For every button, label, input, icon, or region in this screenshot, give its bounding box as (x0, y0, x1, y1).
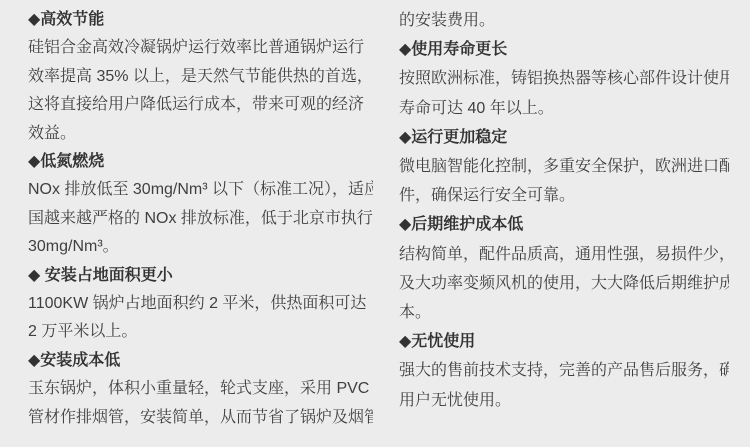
feature-body-line: 的安装费用。 (399, 6, 729, 35)
features-column-left: ◆高效节能硅铝合金高效冷凝锅炉运行效率比普通锅炉运行效率提高 35% 以上，是天… (28, 6, 373, 441)
feature-body-line: 2 万平米以上。 (28, 318, 373, 346)
feature-heading: ◆高效节能 (28, 6, 373, 34)
feature-heading: ◆安装成本低 (28, 347, 373, 375)
feature-heading: ◆无忧使用 (399, 327, 729, 356)
feature-heading: ◆ 安装占地面积更小 (28, 262, 373, 290)
feature-body-line: 效益。 (28, 120, 373, 148)
feature-body-line: 按照欧洲标准，铸铝换热器等核心部件设计使用 (399, 64, 729, 93)
feature-body-line: 结构简单，配件品质高，通用性强，易损件少，以 (399, 240, 729, 269)
feature-heading: ◆低氮燃烧 (28, 148, 373, 176)
feature-body-line: 这将直接给用户降低运行成本，带来可观的经济 (28, 91, 373, 119)
feature-body-line: NOx 排放低至 30mg/Nm³ 以下（标准工况），适应中 (28, 176, 373, 204)
feature-heading: ◆使用寿命更长 (399, 35, 729, 64)
feature-body-line: 寿命可达 40 年以上。 (399, 94, 729, 123)
feature-body-line: 强大的售前技术支持，完善的产品售后服务，确保 (399, 356, 729, 385)
feature-body-line: 件，确保运行安全可靠。 (399, 181, 729, 210)
feature-body-line: 硅铝合金高效冷凝锅炉运行效率比普通锅炉运行 (28, 34, 373, 62)
features-column-right: 的安装费用。◆使用寿命更长按照欧洲标准，铸铝换热器等核心部件设计使用寿命可达 4… (399, 6, 729, 441)
feature-body-line: 效率提高 35% 以上，是天然气节能供热的首选， (28, 63, 373, 91)
feature-body-line: 1100KW 锅炉占地面积约 2 平米，供热面积可达 (28, 290, 373, 318)
feature-body-line: 及大功率变频风机的使用，大大降低后期维护成 (399, 269, 729, 298)
feature-body-line: 本。 (399, 298, 729, 327)
feature-heading: ◆后期维护成本低 (399, 210, 729, 239)
feature-body-line: 玉东锅炉，体积小重量轻，轮式支座，采用 PVC (28, 375, 373, 403)
feature-heading: ◆运行更加稳定 (399, 123, 729, 152)
feature-body-line: 管材作排烟管，安装简单，从而节省了锅炉及烟管 (28, 404, 373, 432)
feature-body-line: 国越来越严格的 NOx 排放标准，低于北京市执行的 (28, 205, 373, 233)
feature-body-line: 微电脑智能化控制，多重安全保护，欧洲进口配 (399, 152, 729, 181)
feature-body-line: 用户无忧使用。 (399, 386, 729, 415)
feature-body-line: 30mg/Nm³。 (28, 233, 373, 261)
product-features-panel: ◆高效节能硅铝合金高效冷凝锅炉运行效率比普通锅炉运行效率提高 35% 以上，是天… (0, 0, 750, 447)
